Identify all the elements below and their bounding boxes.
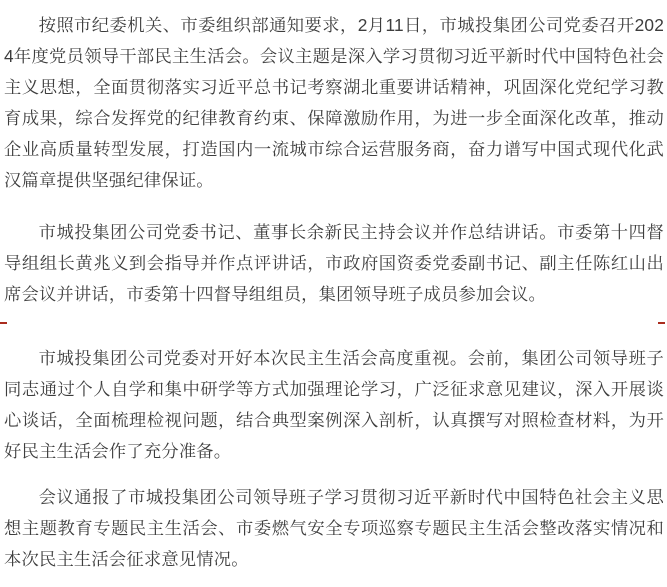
article-body: 按照市纪委机关、市委组织部通知要求，2月11日，市城投集团公司党委召开2024年… (0, 0, 667, 575)
paragraph-briefing: 会议通报了市城投集团公司领导班子学习贯彻习近平新时代中国特色社会主义思想主题教育… (4, 482, 664, 575)
paragraph-meeting-announcement: 按照市纪委机关、市委组织部通知要求，2月11日，市城投集团公司党委召开2024年… (4, 10, 664, 196)
paragraph-preparation: 市城投集团公司党委对开好本次民主生活会高度重视。会前，集团公司领导班子同志通过个… (4, 343, 664, 467)
paragraph-attendees: 市城投集团公司党委书记、董事长余新民主持会议并作总结讲话。市委第十四督导组组长黄… (4, 217, 664, 310)
separator-row (4, 322, 664, 324)
separator-dash-left-icon (0, 322, 7, 324)
separator-dash-right-icon (658, 322, 665, 324)
